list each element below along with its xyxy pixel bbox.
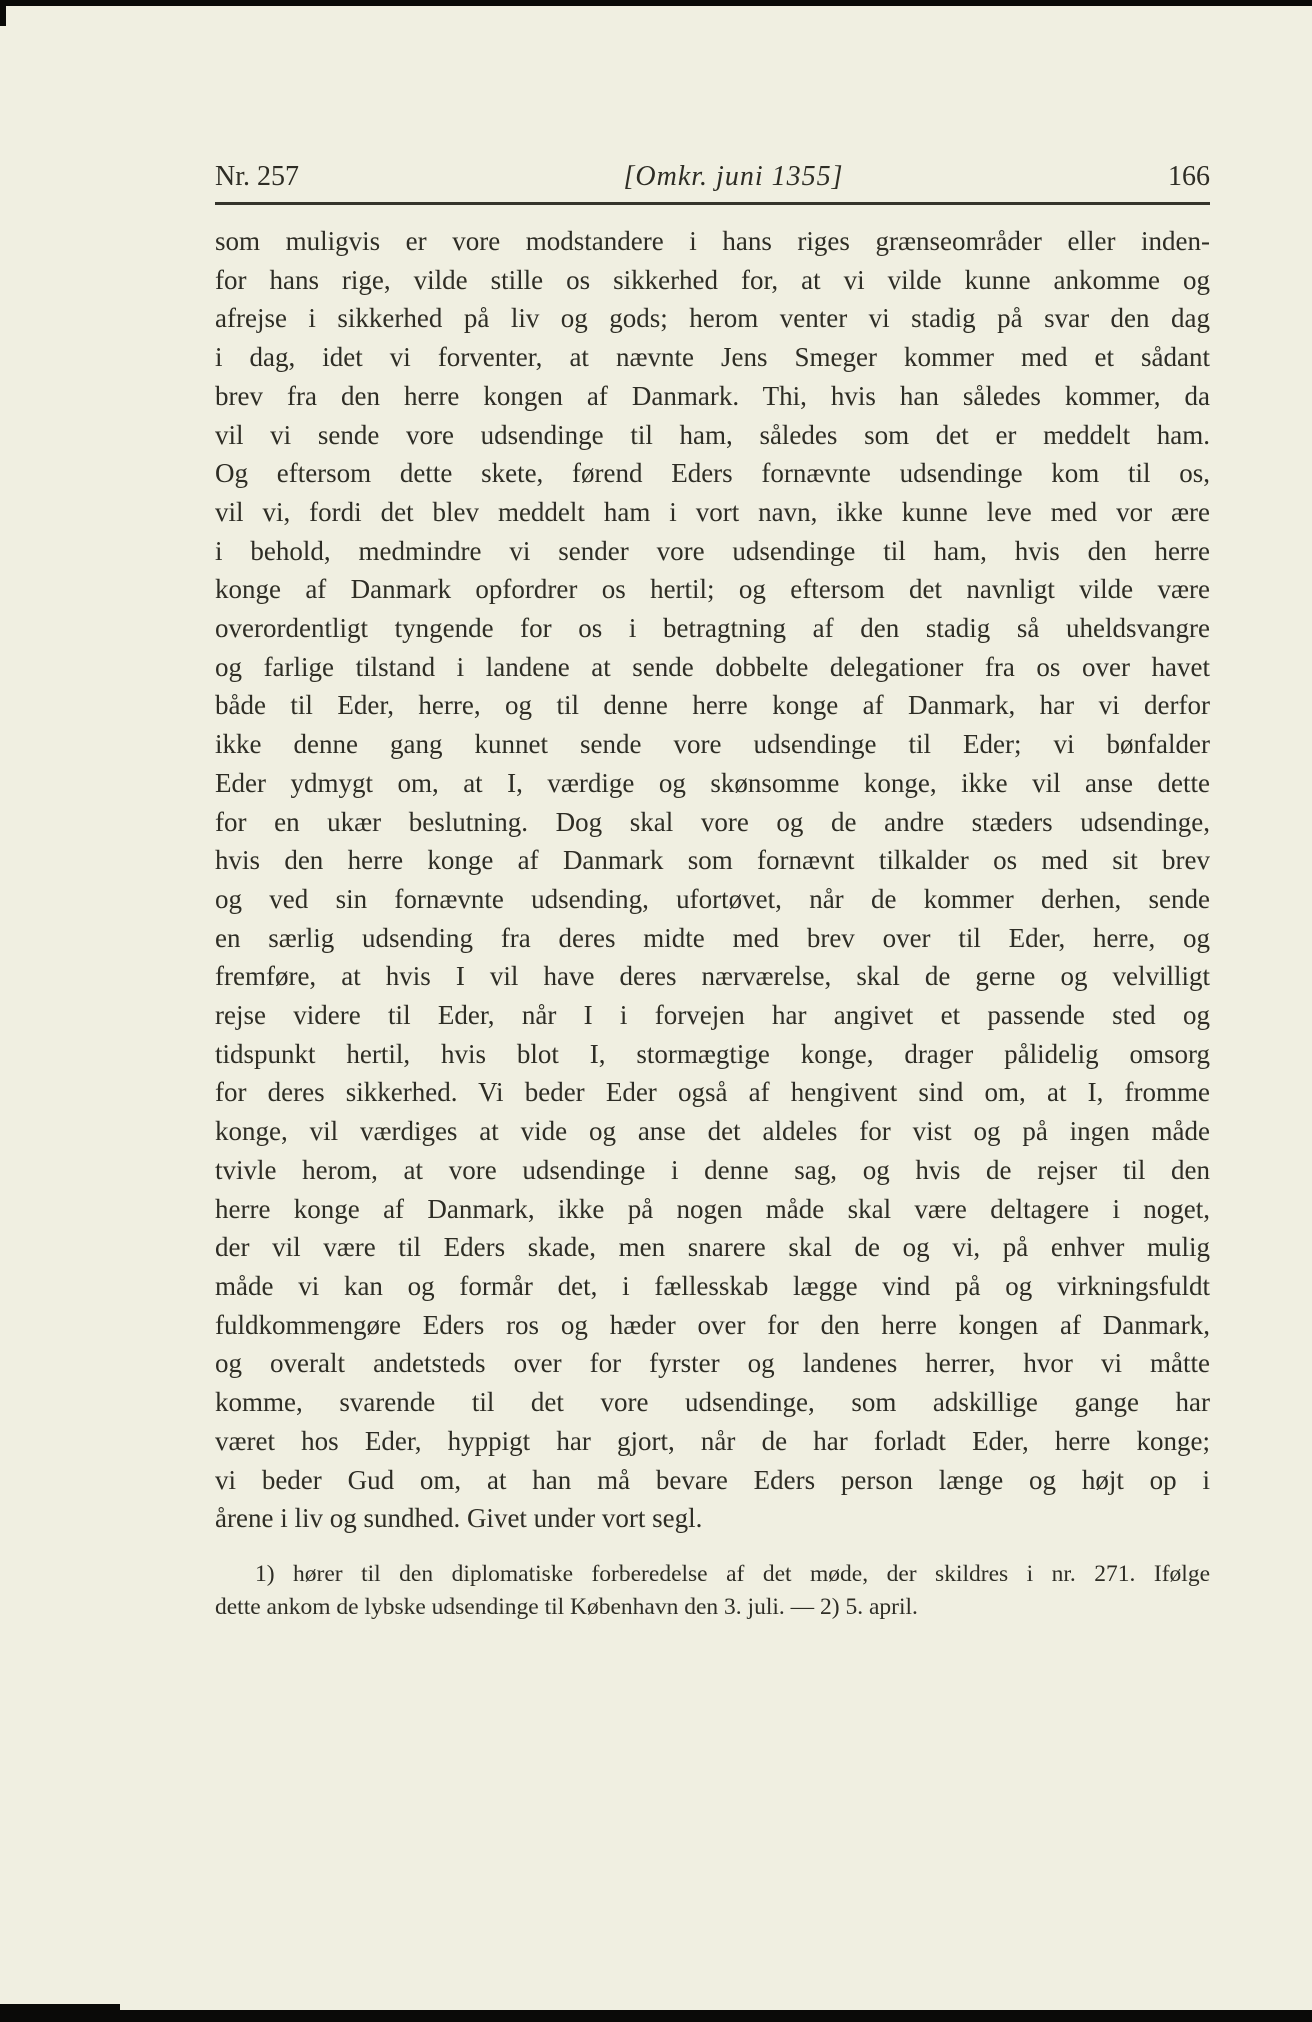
text-line: som muligvis er vore modstandere i hans … (215, 222, 1210, 261)
text-line: tidspunkt hertil, hvis blot I, stormægti… (215, 1035, 1210, 1074)
text-line: vil vi sende vore udsendinge til ham, så… (215, 416, 1210, 455)
text-line: måde vi kan og formår det, i fællesskab … (215, 1267, 1210, 1306)
scan-edge-artifact-bottom (0, 2010, 1312, 2022)
text-line: i dag, idet vi forventer, at nævnte Jens… (215, 338, 1210, 377)
text-line: afrejse i sikkerhed på liv og gods; hero… (215, 299, 1210, 338)
text-line: rejse videre til Eder, når I i forvejen … (215, 996, 1210, 1035)
text-line: og overalt andetsteds over for fyrster o… (215, 1344, 1210, 1383)
text-line: Eder ydmygt om, at I, værdige og skønsom… (215, 764, 1210, 803)
scan-edge-artifact-bottom-left (0, 2004, 120, 2022)
text-line: konge af Danmark opfordrer os hertil; og… (215, 570, 1210, 609)
text-line: årene i liv og sundhed. Givet under vort… (215, 1499, 1210, 1538)
text-line: brev fra den herre kongen af Danmark. Th… (215, 377, 1210, 416)
document-body-text: som muligvis er vore modstandere i hans … (215, 222, 1210, 1538)
footnote-line: 1) hører til den diplomatiske forberedel… (215, 1558, 1210, 1592)
page-content: Nr. 257 [Omkr. juni 1355] 166 som muligv… (215, 160, 1210, 1625)
text-line: fremføre, at hvis I vil have deres nærvæ… (215, 957, 1210, 996)
footnotes: 1) hører til den diplomatiske forberedel… (215, 1558, 1210, 1625)
page-number: 166 (1168, 160, 1210, 194)
scanned-book-page: { "colors": { "page_background": "#f0efe… (0, 0, 1312, 2022)
scan-edge-artifact-top (0, 0, 1312, 6)
text-line: været hos Eder, hyppigt har gjort, når d… (215, 1422, 1210, 1461)
text-line: og ved sin fornævnte udsending, ufortøve… (215, 880, 1210, 919)
text-line: vi beder Gud om, at han må bevare Eders … (215, 1461, 1210, 1500)
text-line: overordentligt tyngende for os i betragt… (215, 609, 1210, 648)
text-line: i behold, medmindre vi sender vore udsen… (215, 532, 1210, 571)
scan-edge-artifact-left (0, 0, 6, 26)
text-line: både til Eder, herre, og til denne herre… (215, 686, 1210, 725)
header-rule (215, 202, 1210, 205)
text-line: komme, svarende til det vore udsendinge,… (215, 1383, 1210, 1422)
text-line: for deres sikkerhed. Vi beder Eder også … (215, 1073, 1210, 1112)
document-number: Nr. 257 (215, 160, 299, 194)
text-line: hvis den herre konge af Danmark som forn… (215, 841, 1210, 880)
text-line: vil vi, fordi det blev meddelt ham i vor… (215, 493, 1210, 532)
footnote-line: dette ankom de lybske udsendinge til Køb… (215, 1591, 1210, 1625)
text-line: der vil være til Eders skade, men snarer… (215, 1228, 1210, 1267)
text-line: fuldkommengøre Eders ros og hæder over f… (215, 1306, 1210, 1345)
page-header: Nr. 257 [Omkr. juni 1355] 166 (215, 160, 1210, 194)
text-line: for en ukær beslutning. Dog skal vore og… (215, 803, 1210, 842)
text-line: konge, vil værdiges at vide og anse det … (215, 1112, 1210, 1151)
text-line: og farlige tilstand i landene at sende d… (215, 648, 1210, 687)
text-line: ikke denne gang kunnet sende vore udsend… (215, 725, 1210, 764)
text-line: for hans rige, vilde stille os sikkerhed… (215, 261, 1210, 300)
document-date-heading: [Omkr. juni 1355] (623, 160, 843, 194)
text-line: en særlig udsending fra deres midte med … (215, 919, 1210, 958)
text-line: tvivle herom, at vore udsendinge i denne… (215, 1151, 1210, 1190)
text-line: herre konge af Danmark, ikke på nogen må… (215, 1190, 1210, 1229)
text-line: Og eftersom dette skete, førend Eders fo… (215, 454, 1210, 493)
